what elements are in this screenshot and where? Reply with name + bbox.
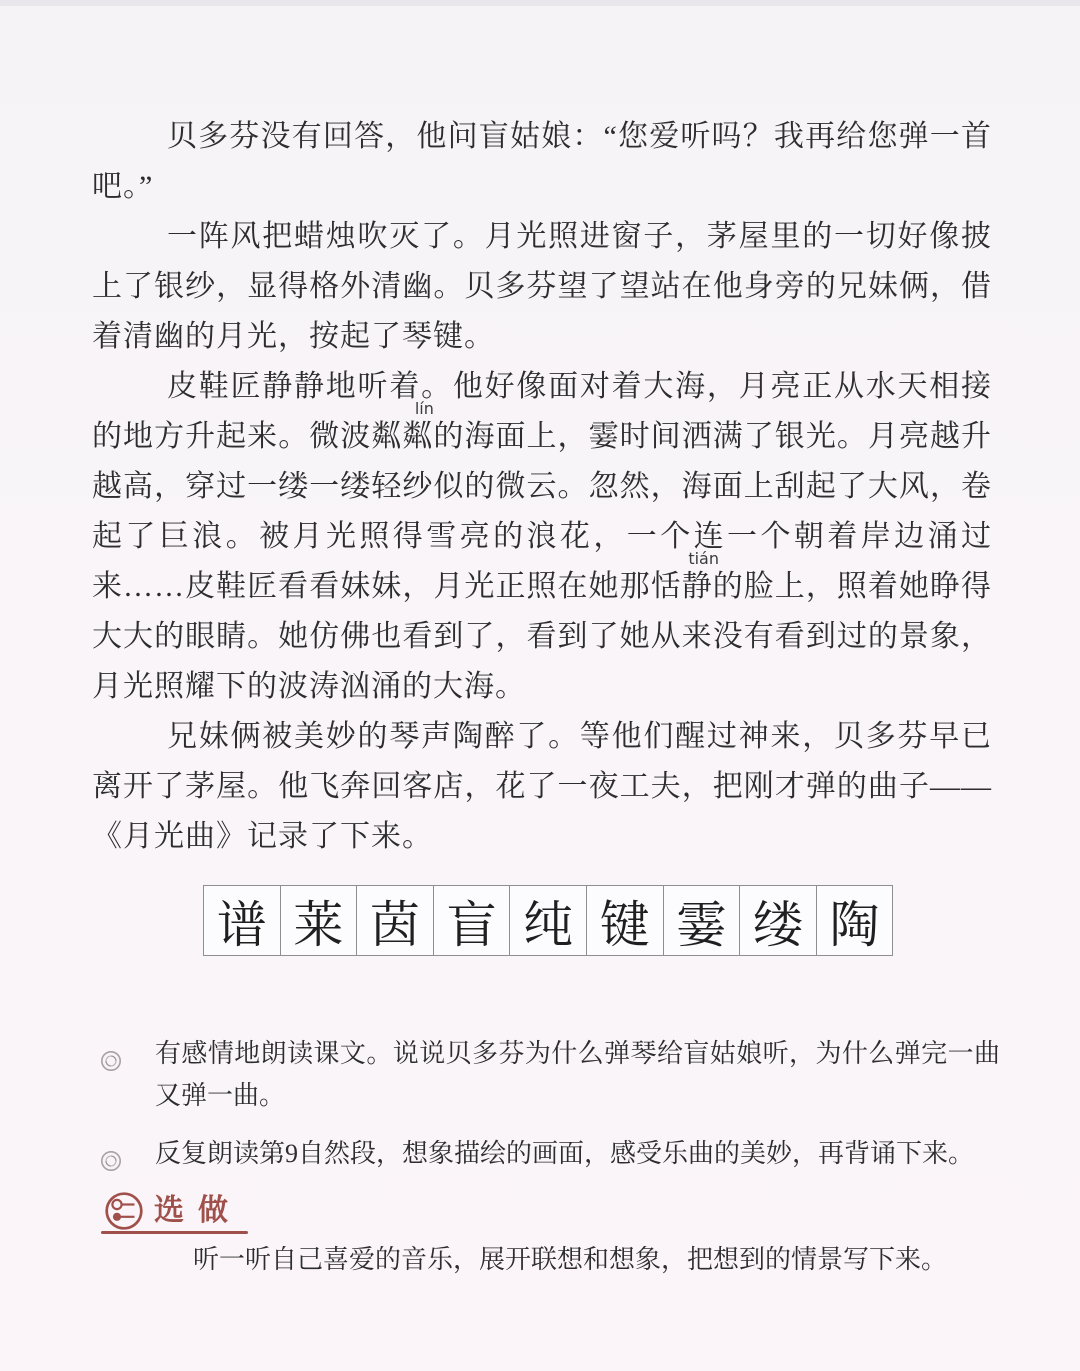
optional-section-label: 选做: [154, 1196, 242, 1226]
lesson-paragraph: 一阵风把蜡烛吹灭了。月光照进窗子，茅屋里的一切好像披上了银纱，显得格外清幽。贝多…: [92, 212, 992, 362]
new-character-cell: 陶: [817, 885, 894, 956]
textbook-page: 贝多芬没有回答，他问盲姑娘：“您爱听吗？我再给您弹一首吧。”一阵风把蜡烛吹灭了。…: [0, 0, 1080, 1371]
new-character-cell: 键: [587, 885, 664, 956]
lesson-paragraph: 贝多芬没有回答，他问盲姑娘：“您爱听吗？我再给您弹一首吧。”: [92, 112, 992, 212]
optional-section-icon: [103, 1190, 145, 1232]
optional-section-header: 选做: [103, 1190, 242, 1232]
new-character-cell: 盲: [434, 885, 511, 956]
exercise-bullet-icon: [100, 1043, 122, 1065]
exercise-item: 有感情地朗读课文。说说贝多芬为什么弹琴给盲姑娘听，为什么弹完一曲又弹一曲。: [100, 1033, 1000, 1117]
exercise-item: 反复朗读第9自然段，想象描绘的画面，感受乐曲的美妙，再背诵下来。: [100, 1133, 1000, 1175]
annotated-character: lín粼: [371, 420, 402, 453]
optional-section-underline: [101, 1231, 248, 1234]
new-character-grid: 谱莱茵盲纯键霎缕陶: [203, 885, 893, 956]
exercise-text: 有感情地朗读课文。说说贝多芬为什么弹琴给盲姑娘听，为什么弹完一曲又弹一曲。: [155, 1039, 1000, 1110]
new-character-cell: 茵: [357, 885, 434, 956]
new-character-cell: 莱: [281, 885, 358, 956]
pinyin-annotation: lín: [340, 401, 434, 417]
pinyin-annotation: tián: [613, 551, 719, 567]
lesson-paragraph: 皮鞋匠静静地听着。他好像面对着大海，月亮正从水天相接的地方升起来。微波lín粼粼…: [92, 362, 992, 712]
new-character-cell: 缕: [740, 885, 817, 956]
annotated-character: tián恬: [651, 570, 682, 603]
lesson-paragraph: 兄妹俩被美妙的琴声陶醉了。等他们醒过神来，贝多芬早已离开了茅屋。他飞奔回客店，花…: [92, 712, 992, 862]
lesson-paragraphs: 贝多芬没有回答，他问盲姑娘：“您爱听吗？我再给您弹一首吧。”一阵风把蜡烛吹灭了。…: [92, 112, 992, 862]
new-character-cell: 纯: [510, 885, 587, 956]
new-character-cell: 谱: [203, 885, 281, 956]
exercise-list: 有感情地朗读课文。说说贝多芬为什么弹琴给盲姑娘听，为什么弹完一曲又弹一曲。反复朗…: [100, 1033, 1000, 1175]
exercise-bullet-icon: [100, 1143, 122, 1165]
new-character-cell: 霎: [664, 885, 741, 956]
page-top-edge: [0, 0, 1080, 6]
optional-task-text: 听一听自己喜爱的音乐，展开联想和想象，把想到的情景写下来。: [193, 1240, 993, 1280]
exercise-text: 反复朗读第9自然段，想象描绘的画面，感受乐曲的美妙，再背诵下来。: [155, 1139, 974, 1168]
